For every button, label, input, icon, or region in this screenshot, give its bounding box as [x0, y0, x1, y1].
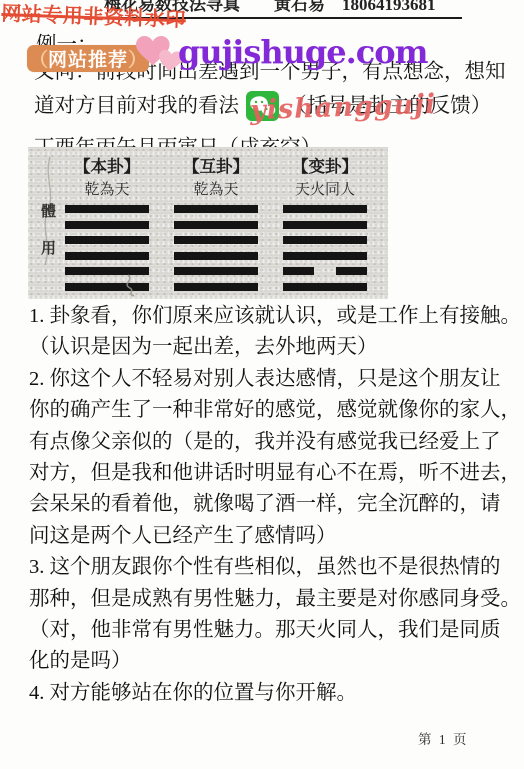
- hexagram-line: [65, 283, 149, 291]
- hexagram-title: 【本卦】: [64, 153, 150, 177]
- analysis-line: 你的确产生了一种非常好的感觉，感觉就像你的家人，: [29, 395, 503, 426]
- analysis-line: 那种，但是成熟有男性魅力，最主要是对你感同身受。: [29, 584, 503, 615]
- hexagram-line: [283, 236, 367, 244]
- hexagram-column: 【变卦】天火同人: [282, 153, 368, 298]
- scanned-document-page: 梅花易数技法寻真 黄石易 18064193681 网站专用非资料水印 例一： 又…: [0, 0, 524, 769]
- analysis-line: 4. 对方能够站在你的位置与你开解。: [29, 678, 503, 709]
- hexagram-line: [283, 283, 367, 291]
- promo-badge-label: 网站推荐: [48, 45, 128, 72]
- body-marker-label: 體: [41, 200, 56, 221]
- page-number: 第 1 页: [418, 728, 469, 748]
- analysis-line: 2. 你这个人不轻易对别人表达感情，只是这个朋友让: [29, 364, 503, 395]
- hexagram-name: 天火同人: [282, 178, 368, 199]
- hexagram-title: 【变卦】: [282, 153, 368, 177]
- analysis-line: （认识是因为一起出差，去外地两天）: [29, 332, 503, 363]
- analysis-block: 1. 卦象看，你们原来应该就认识，或是工作上有接触。 （认识是因为一起出差，去外…: [29, 301, 503, 709]
- analysis-line: （对，他非常有男性魅力。那天火同人，我们是同质: [29, 615, 503, 646]
- hexagram-lines: [173, 205, 259, 291]
- hexagram-lines: [64, 205, 150, 291]
- hexagram-column: 【互卦】乾為天: [173, 153, 259, 298]
- hexagram-line: [174, 252, 258, 260]
- analysis-line: 问这是两个人已经产生了感情吗）: [29, 521, 503, 552]
- promo-badge: （ 网站推荐 ）: [27, 45, 149, 72]
- hexagram-panel: 體 用 【本卦】乾為天【互卦】乾為天【变卦】天火同人: [28, 147, 388, 299]
- use-marker-label: 用: [41, 237, 56, 258]
- hexagram-line: [65, 252, 149, 260]
- site-domain-watermark: gujishuge.com: [178, 33, 427, 71]
- analysis-line: 化的是吗）: [29, 646, 503, 677]
- hexagram-line: [174, 205, 258, 213]
- analysis-line: 有点像父亲似的（是的，我并没有感觉我已经爱上了: [29, 427, 503, 458]
- hexagram-name: 乾為天: [64, 178, 150, 199]
- hexagram-lines: [282, 205, 368, 291]
- hexagram-line: [174, 283, 258, 291]
- hexagram-line: [283, 267, 367, 275]
- script-watermark: yishangguji: [250, 89, 437, 126]
- hexagram-line: [65, 236, 149, 244]
- hexagram-line: [174, 236, 258, 244]
- question-line-2-text: 道对方目前对我的看法: [34, 95, 239, 117]
- hexagram-line: [283, 221, 367, 229]
- hexagram-column: 【本卦】乾為天: [64, 153, 150, 298]
- hexagram-line: [283, 252, 367, 260]
- hexagram-line: [283, 205, 367, 213]
- hexagram-line: [65, 267, 149, 275]
- hexagram-columns: 【本卦】乾為天【互卦】乾為天【变卦】天火同人: [28, 147, 388, 298]
- hexagram-title: 【互卦】: [173, 153, 259, 177]
- hexagram-line: [174, 267, 258, 275]
- analysis-line: 会呆呆的看着他，就像喝了酒一样，完全沉醉的，请: [29, 489, 503, 520]
- analysis-line: 3. 这个朋友跟你个性有些相似，虽然也不是很热情的: [29, 552, 503, 583]
- hexagram-line: [65, 221, 149, 229]
- analysis-line: 1. 卦象看，你们原来应该就认识，或是工作上有接触。: [29, 301, 503, 332]
- hexagram-name: 乾為天: [173, 178, 259, 199]
- hexagram-line: [174, 221, 258, 229]
- promo-badge-paren-open: （: [29, 45, 48, 72]
- analysis-line: 对方，但是我和他讲话时明显有心不在焉，听不进去，: [29, 458, 503, 489]
- hexagram-line: [65, 205, 149, 213]
